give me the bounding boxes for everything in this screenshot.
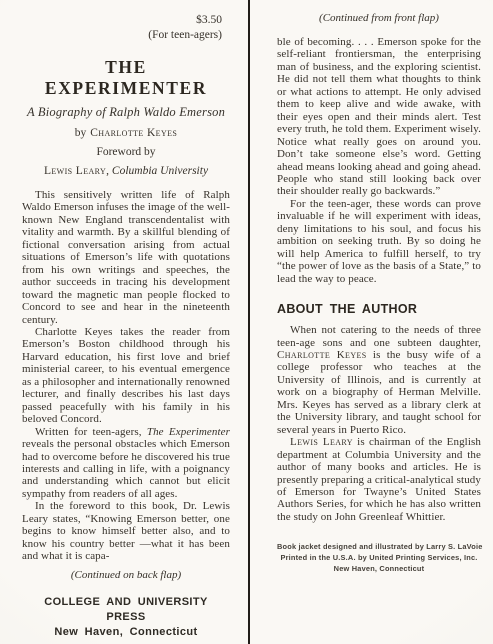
front-flap-body: This sensitively written life of Ralph W… <box>22 189 230 563</box>
paragraph: This sensitively written life of Ralph W… <box>22 189 230 326</box>
paragraph: For the teen-ager, these words can prove… <box>277 198 481 285</box>
colophon: Book jacket designed and illustrated by … <box>277 541 481 574</box>
author-name: Charlotte Keyes <box>90 127 177 139</box>
foreword-author: Lewis Leary <box>44 165 106 177</box>
paragraph: ble of becoming. . . . Emerson spoke for… <box>277 36 481 198</box>
fold-divider-line <box>248 0 250 644</box>
publisher-location: New Haven, Connecticut <box>22 625 230 640</box>
paragraph: In the foreword to this book, Dr. Lewis … <box>22 500 230 562</box>
colophon-designer-credit: Book jacket designed and illustrated by … <box>277 541 481 552</box>
front-flap: $3.50 (For teen-agers) THE EXPERIMENTER … <box>22 0 230 640</box>
paragraph: Charlotte Keyes takes the reader from Em… <box>22 326 230 426</box>
about-the-author-body: When not catering to the needs of three … <box>277 324 481 523</box>
foreword-credit: Lewis Leary, Columbia University <box>22 165 230 177</box>
paragraph: When not catering to the needs of three … <box>277 324 481 436</box>
colophon-printer-location: New Haven, Connecticut <box>277 563 481 574</box>
publisher-name: COLLEGE AND UNIVERSITY PRESS <box>22 595 230 625</box>
byline-prefix: by <box>75 127 87 139</box>
book-title: THE EXPERIMENTER <box>22 57 230 99</box>
paragraph: Written for teen-agers, The Experimenter… <box>22 426 230 501</box>
publisher-block: COLLEGE AND UNIVERSITY PRESS New Haven, … <box>22 595 230 640</box>
byline: byCharlotte Keyes <box>22 127 230 139</box>
price-block: $3.50 (For teen-agers) <box>22 13 230 43</box>
back-flap: (Continued from front flap) ble of becom… <box>277 0 481 574</box>
continued-on-back-note: (Continued on back flap) <box>22 569 230 581</box>
back-flap-body: ble of becoming. . . . Emerson spoke for… <box>277 36 481 285</box>
colophon-printer-credit: Printed in the U.S.A. by United Printing… <box>277 552 481 563</box>
book-subtitle: A Biography of Ralph Waldo Emerson <box>22 105 230 120</box>
foreword-label: Foreword by <box>22 146 230 158</box>
audience-note: (For teen-agers) <box>22 28 222 43</box>
continued-from-front-note: (Continued from front flap) <box>277 12 481 24</box>
price: $3.50 <box>22 13 222 28</box>
book-jacket-flap-scan: $3.50 (For teen-agers) THE EXPERIMENTER … <box>0 0 493 644</box>
foreword-affiliation: Columbia University <box>112 165 208 177</box>
paragraph: Lewis Leary is chairman of the English d… <box>277 436 481 523</box>
about-the-author-heading: ABOUT THE AUTHOR <box>277 302 481 316</box>
